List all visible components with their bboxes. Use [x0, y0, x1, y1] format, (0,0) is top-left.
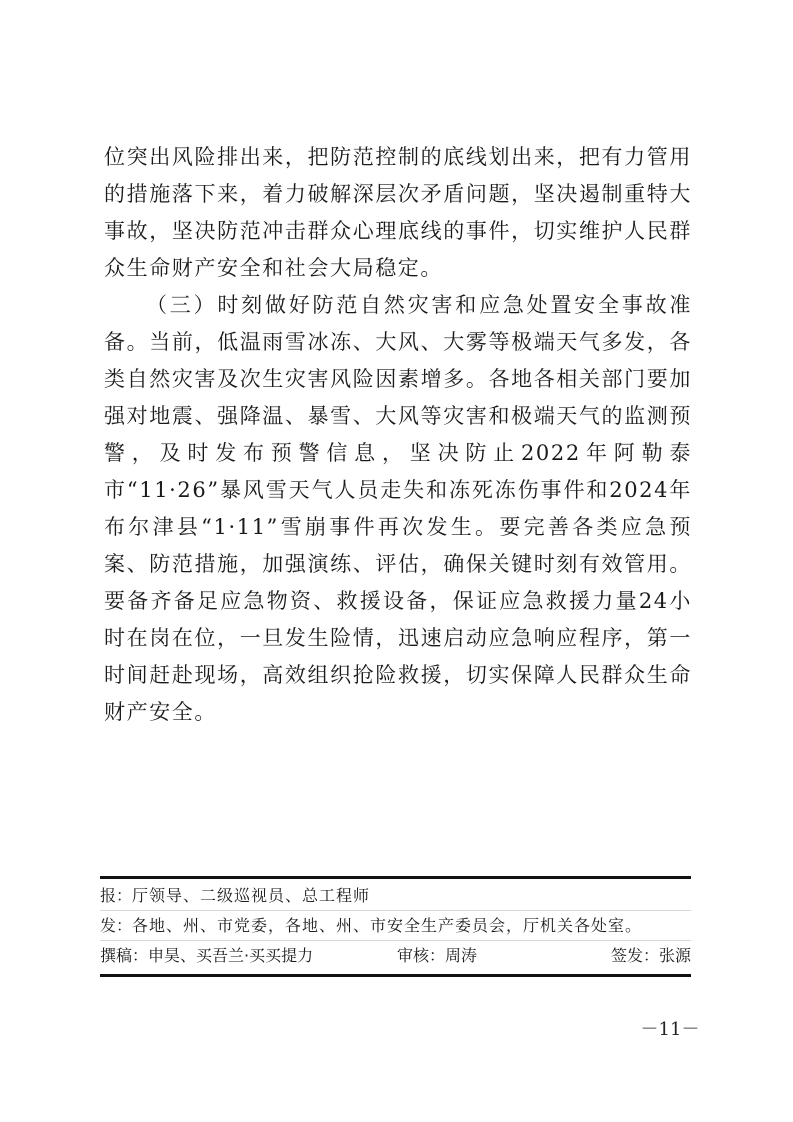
page-number: －11－	[640, 1015, 700, 1041]
report-value: 厅领导、二级巡视员、总工程师	[132, 886, 370, 905]
report-label: 报：	[100, 886, 132, 905]
distribution-footer: 报：厅领导、二级巡视员、总工程师 发：各地、州、市党委，各地、州、市安全生产委员…	[100, 876, 691, 977]
report-row: 报：厅领导、二级巡视员、总工程师	[100, 881, 691, 910]
drafter-label: 撰稿：	[100, 946, 148, 965]
reviewer: 审核：周涛	[397, 941, 477, 970]
distribute-value: 各地、州、市党委，各地、州、市安全生产委员会，厅机关各处室。	[132, 916, 642, 935]
signature-row: 撰稿：申昊、买吾兰·买买提力 审核：周涛 签发：张源	[100, 940, 691, 970]
signer-value: 张源	[659, 946, 691, 965]
paragraph-continuation: 位突出风险排出来，把防范控制的底线划出来，把有力管用的措施落下来，着力破解深层次…	[104, 139, 692, 287]
document-page: 位突出风险排出来，把防范控制的底线划出来，把有力管用的措施落下来，着力破解深层次…	[0, 0, 793, 1122]
signer: 签发：张源	[611, 941, 691, 970]
distribute-label: 发：	[100, 916, 132, 935]
distribute-row: 发：各地、州、市党委，各地、州、市安全生产委员会，厅机关各处室。	[100, 910, 691, 940]
reviewer-label: 审核：	[397, 946, 445, 965]
reviewer-value: 周涛	[445, 946, 477, 965]
paragraph-section-three: （三）时刻做好防范自然灾害和应急处置安全事故准备。当前，低温雨雪冰冻、大风、大雾…	[104, 287, 692, 731]
signer-label: 签发：	[611, 946, 659, 965]
drafter: 撰稿：申昊、买吾兰·买买提力	[100, 941, 313, 970]
body-text: 位突出风险排出来，把防范控制的底线划出来，把有力管用的措施落下来，着力破解深层次…	[104, 139, 692, 731]
drafter-value: 申昊、买吾兰·买买提力	[148, 946, 313, 965]
